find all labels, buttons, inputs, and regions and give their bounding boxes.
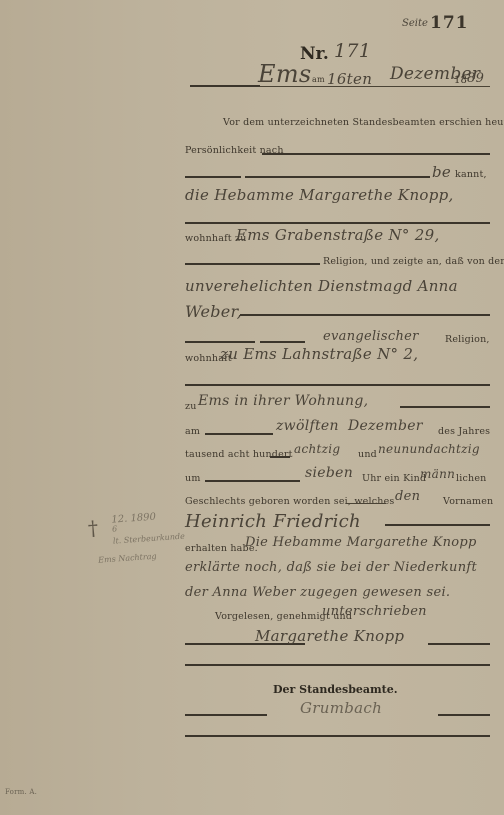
margin-month: 6 [112,524,118,533]
rule [400,406,490,408]
lichen-label: lichen [456,473,486,484]
rule [205,433,273,435]
statement-line2: erklärte noch, daß sie bei der Niederkun… [185,560,477,575]
entry-number-value: 171 [334,40,371,62]
rule [262,153,490,155]
mother-name-line2: Weber, [185,302,242,321]
unterschrieben-hand: unterschrieben [322,604,427,619]
year-prefix: 18 [454,75,467,86]
rule [185,735,490,737]
declarant-address: Ems Grabenstraße N° 29, [236,226,440,244]
signature-rule [438,714,490,716]
margin-line3: lt. Sterbeurkunde [113,532,185,546]
signature-rule [185,714,267,716]
official-signature: Grumbach [300,699,382,717]
rule [270,456,290,458]
rule [190,85,260,87]
margin-date: 12. 1890 [111,512,156,526]
uhr-label: Uhr ein Kind [362,473,426,484]
declarant-signature: Margarethe Knopp [255,627,404,645]
geschlechts-label: Geschlechts geboren worden sei, welches [185,496,394,507]
year-hand-1: achtzig [294,442,340,456]
place-name: Ems [258,60,312,88]
date-day: 16ten [327,70,372,88]
birth-day: zwölften [276,418,339,434]
birth-place: Ems in ihrer Wohnung, [198,393,368,409]
mother-name-line1: unverehelichten Dienstmagd Anna [185,277,458,295]
rule [385,524,490,526]
gender-article-hand: den [395,489,420,504]
rule [185,384,490,386]
birth-hour: sieben [305,465,353,481]
standesbeamte-label: Der Standesbeamte. [273,683,398,696]
bekannt-hand: be [432,163,451,181]
birth-month: Dezember [348,418,423,434]
tausend-label: tausend acht hundert [185,449,293,460]
und-label: und [358,449,377,460]
zu-label: zu [185,401,197,412]
margin-line4: Ems Nachtrag [98,552,157,565]
bekannt-label: kannt, [455,169,487,180]
child-names: Heinrich Friedrich [185,511,361,532]
declarant-name: die Hebamme Margarethe Knopp, [185,186,454,204]
rule [185,222,490,224]
rule [240,314,490,316]
year-suffix: 89 [467,71,484,86]
form-label: Form. A. [5,788,37,796]
page-number: 171 [430,13,469,33]
vornamen-label: Vornamen [443,496,493,507]
am2-label: am [185,426,200,437]
rule [245,176,430,178]
rule [185,341,255,343]
statement-line1: Die Hebamme Margarethe Knopp [245,535,477,550]
signature-rule [428,643,490,645]
register-page: Seite 171 Nr. 171 Ems am 16ten Dezember … [0,0,504,815]
page-label: Seite [402,18,428,29]
rule [185,664,490,666]
mother-religion: evangelischer [323,329,419,344]
am-label: am [312,75,325,84]
rule [185,263,320,265]
statement-line3: der Anna Weber zugegen gewesen sei. [185,585,450,600]
rule [260,341,305,343]
des-jahres-label: des Jahres [438,426,490,437]
margin-annotation: † 12. 1890 6 lt. Sterbeurkunde Ems Nacht… [87,516,99,541]
death-cross-icon: † [87,516,99,541]
rule [346,503,386,504]
mother-religion-label: Religion, [445,334,490,345]
um-label: um [185,473,201,484]
year-hand-2: neunundachtzig [378,442,480,456]
rule [185,176,241,178]
religion-label: Religion, und zeigte an, daß von der [323,256,504,267]
mother-address: zu Ems Lahnstraße N° 2, [220,345,418,363]
gender-hand: männ [420,467,455,481]
intro-text: Vor dem unterzeichneten Standesbeamten e… [223,117,504,128]
rule [205,480,300,482]
